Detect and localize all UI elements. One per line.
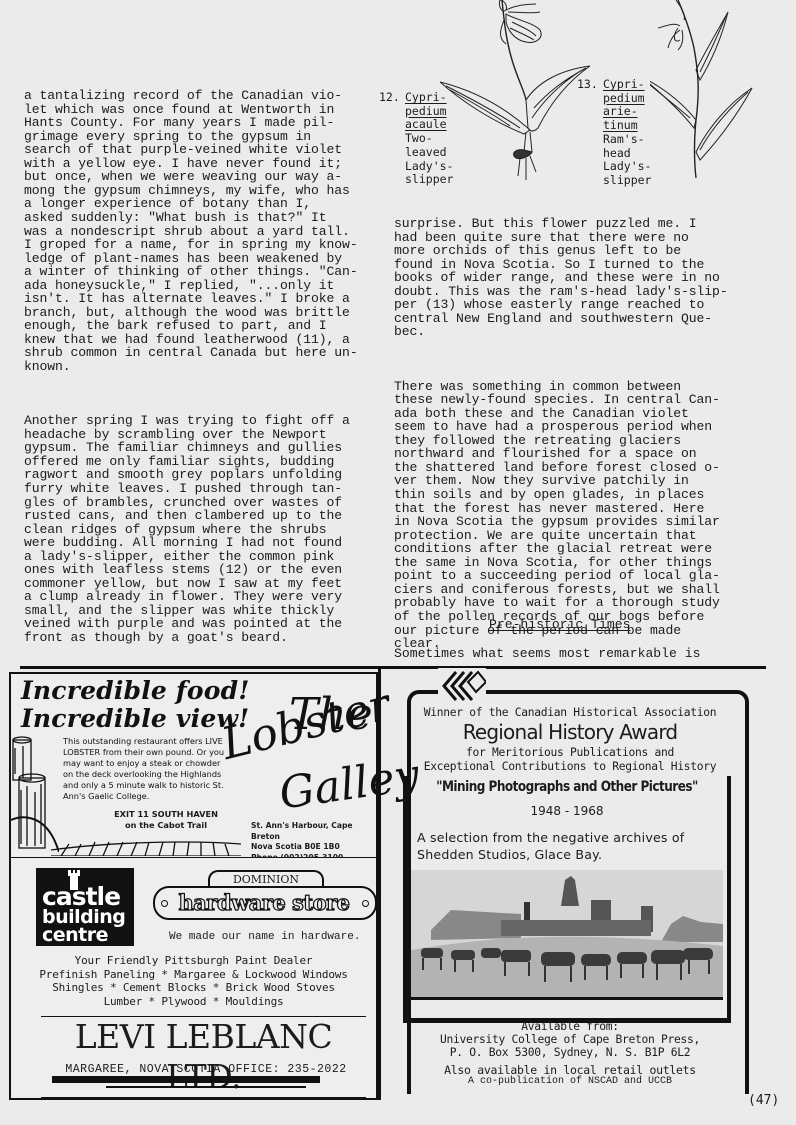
text-line: clean ridges of gypsum where the shrubs <box>24 523 358 537</box>
logo-word-hardware-store: hardware store <box>169 890 359 915</box>
figure-12-latin: acaule <box>405 118 453 132</box>
text-line: per (13) whose easterly range reached to <box>394 298 728 312</box>
text-line: books of wider range, and these were in … <box>394 271 728 285</box>
orchid-illustration-12 <box>440 0 600 185</box>
availability-line: Available from: <box>380 1020 760 1033</box>
text-line: ciers and coniferous forests, but we sha… <box>394 583 728 597</box>
hardware-store-badge: hardware store <box>153 886 377 920</box>
ad-lobster-directions: EXIT 11 SOUTH HAVEN on the Cabot Trail <box>106 809 226 831</box>
ad-exit-line: EXIT 11 SOUTH HAVEN <box>106 809 226 820</box>
award-subtitle-line: for Meritorious Publications and <box>380 746 760 760</box>
text-line: a tantalizing record of the Canadian vio… <box>24 89 358 103</box>
text-line: conditions after the glacial retreat wer… <box>394 542 728 556</box>
paragraph-surprise: surprise. But this flower puzzled me. Ih… <box>394 217 728 339</box>
award-title: Regional History Award <box>380 720 760 744</box>
award-subtitle-line: Exceptional Contributions to Regional Hi… <box>380 760 760 774</box>
text-line: veined with purple and was pointed at th… <box>24 617 358 631</box>
address-line: St. Ann's Harbour, Cape Breton <box>251 821 376 842</box>
text-line: were budding. All morning I had not foun… <box>24 536 358 550</box>
text-line: a longer experience of botany than I, <box>24 197 358 211</box>
ad-levi-leblanc: castle building centre DOMINION hardware… <box>9 858 378 1100</box>
text-line: There was something in common between <box>394 380 728 394</box>
text-line: the same in Nova Scotia, for other thing… <box>394 556 728 570</box>
text-line: ragwort and smooth grey poplars unfoldin… <box>24 468 358 482</box>
text-line: they followed the retreating glaciers <box>394 434 728 448</box>
text-line: ledge of plant-names has been weakened b… <box>24 252 358 266</box>
text-line: these newly-found species. In central Ca… <box>394 393 728 407</box>
text-line: isn't. It has alternate leaves." I broke… <box>24 292 358 306</box>
award-subtitle: for Meritorious Publications and Excepti… <box>380 746 760 773</box>
figure-13-latin: arie- <box>603 105 651 119</box>
text-line: ver them. Now they survive patchily in <box>394 474 728 488</box>
text-line: northward and flourished for a space on <box>394 447 728 461</box>
text-line: a clump already in flower. They were ver… <box>24 590 358 604</box>
article-right-column: surprise. But this flower puzzled me. Ih… <box>394 190 728 678</box>
product-line: Your Friendly Pittsburgh Paint Dealer <box>11 954 376 968</box>
figure-13-latin: Cypri- <box>603 78 651 92</box>
ornament-dot-icon <box>161 900 168 907</box>
text-line: grimage every spring to the gypsum in <box>24 130 358 144</box>
text-line: ada both these and the Canadian violet <box>394 407 728 421</box>
decorative-bar <box>52 1076 320 1083</box>
product-line: Prefinish Paneling * Margaree & Lockwood… <box>11 968 376 982</box>
castle-building-centre-logo: castle building centre <box>36 868 134 946</box>
text-line: bec. <box>394 325 728 339</box>
text-line: asked suddenly: "What bush is that?" It <box>24 211 358 225</box>
figure-12-common: Lady's- <box>405 160 453 174</box>
text-line: doubt. This was the ram's-head lady's-sl… <box>394 285 728 299</box>
address-line: Nova Scotia B0E 1B0 <box>251 842 376 853</box>
logo-word-centre: centre <box>42 924 108 946</box>
text-line: Hants County. For many years I made pil- <box>24 116 358 130</box>
publisher-name: University College of Cape Breton Press, <box>380 1033 760 1046</box>
text-line: in Nova Scotia the gypsum provides simil… <box>394 515 728 529</box>
book-title: "Mining Photographs and Other Pictures" <box>429 779 704 795</box>
text-line: had been quite sure that there were no <box>394 231 728 245</box>
text-line: furry white leaves. I pushed through tan… <box>24 482 358 496</box>
article-left-column: a tantalizing record of the Canadian vio… <box>24 62 358 766</box>
text-line: front as though by a goat's beard. <box>24 631 358 645</box>
text-line: but once, when we were weaving our way a… <box>24 170 358 184</box>
ad-lobster-galley: Incredible food! Incredible view! This o… <box>9 672 378 859</box>
ad-exit-trail: on the Cabot Trail <box>106 820 226 831</box>
figure-13-number: 13. <box>577 78 598 92</box>
figure-13-common: Lady's- <box>603 160 651 174</box>
product-line: Lumber * Plywood * Mouldings <box>11 995 376 1009</box>
text-line: was a nondescript shrub about a yard tal… <box>24 225 358 239</box>
text-line: rusted cans, and then clambered up to th… <box>24 509 358 523</box>
figure-12-common: Two- <box>405 132 453 146</box>
text-line: surprise. But this flower puzzled me. I <box>394 217 728 231</box>
book-panel: "Mining Photographs and Other Pictures" … <box>403 776 731 1023</box>
figure-12-number: 12. <box>379 91 400 105</box>
text-line: seem to have had a prosperous period whe… <box>394 420 728 434</box>
book-description: A selection from the negative archives o… <box>417 829 723 863</box>
text-line: central New England and southwestern Que… <box>394 312 728 326</box>
text-line: probably have to wait for a thorough stu… <box>394 596 728 610</box>
text-line: a winter of thinking of other things. "C… <box>24 265 358 279</box>
ad-tagline: We made our name in hardware. <box>169 931 360 943</box>
ad-mining-photographs: Winner of the Canadian Historical Associ… <box>380 668 760 1098</box>
text-line: commoner yellow, but now I saw at my fee… <box>24 577 358 591</box>
text-line: known. <box>24 360 358 374</box>
figure-13-common: Ram's- <box>603 133 651 147</box>
text-line: shrub common in central Canada but here … <box>24 346 358 360</box>
text-line: point to a succeeding period of local gl… <box>394 569 728 583</box>
product-line: Shingles * Cement Blocks * Brick Wood St… <box>11 981 376 995</box>
retail-availability: Also available in local retail outlets <box>380 1063 760 1077</box>
figure-12-latin: pedium <box>405 105 453 119</box>
availability-info: Available from: University College of Ca… <box>380 1020 760 1059</box>
text-line: ones with leafless stems (12) or the eve… <box>24 563 358 577</box>
text-line: that the forest has never mastered. Here <box>394 502 728 516</box>
ad-lobster-address: St. Ann's Harbour, Cape Breton Nova Scot… <box>251 821 376 863</box>
section-heading-prehistoric: Pre-historic Times <box>489 617 630 632</box>
ad-lobster-description: This outstanding restaurant offers LIVE … <box>63 736 228 802</box>
text-line: Another spring I was trying to fight off… <box>24 414 358 428</box>
text-line: gles of brambles, crunched over wastes o… <box>24 496 358 510</box>
publisher-address: P. O. Box 5300, Sydney, N. S. B1P 6L2 <box>380 1046 760 1059</box>
text-line: mong the gypsum chimneys, my wife, who h… <box>24 184 358 198</box>
decorative-bar <box>106 1086 306 1088</box>
paragraph-sometimes: Sometimes what seems most remarkable is <box>394 646 700 661</box>
text-line: knew that we had found leatherwood (11),… <box>24 333 358 347</box>
text-line: let which was once found at Wentworth in <box>24 103 358 117</box>
orchid-illustration-13 <box>650 0 796 185</box>
text-line: ada honeysuckle," I replied, "...only it <box>24 279 358 293</box>
text-line: protection. We are quite uncertain that <box>394 529 728 543</box>
text-line: search of that purple-veined white viole… <box>24 143 358 157</box>
text-line: more orchids of this genus left to be <box>394 244 728 258</box>
text-line: headache by scrambling over the Newport <box>24 428 358 442</box>
text-line: a lady's-slipper, either the common pink <box>24 550 358 564</box>
book-years: 1948 - 1968 <box>407 804 727 818</box>
page-number: (47) <box>748 1093 779 1108</box>
text-line: I groped for a name, for in spring my kn… <box>24 238 358 252</box>
text-line: branch, but, although the wood was britt… <box>24 306 358 320</box>
colliery-horses-image <box>411 870 723 997</box>
figure-12-common: slipper <box>405 173 453 187</box>
figure-12-latin: Cypri- <box>405 91 453 105</box>
figure-12-common: leaved <box>405 146 453 160</box>
text-line: offered me only familiar sights, budding <box>24 455 358 469</box>
text-line: with a yellow eye. I have never found it… <box>24 157 358 171</box>
figure-13-caption: 13. Cypri- pedium arie- tinum Ram's- hea… <box>603 78 651 188</box>
text-line: enough, the bark refused to part, and I <box>24 319 358 333</box>
figure-13-latin: tinum <box>603 119 651 133</box>
company-address: MARGAREE, NOVA SCOTIA OFFICE: 235-2022 <box>41 1063 371 1076</box>
paragraph-in-common: There was something in common betweenthe… <box>394 380 728 651</box>
figure-13-common: head <box>603 147 651 161</box>
paragraph-violet: a tantalizing record of the Canadian vio… <box>24 89 358 373</box>
figure-13-common: slipper <box>603 174 651 188</box>
paragraph-another-spring: Another spring I was trying to fight off… <box>24 414 358 644</box>
ad-headline-food: Incredible food! <box>21 676 250 705</box>
ad-headline-view: Incredible view! <box>21 704 249 733</box>
text-line: thin soils and by open glades, in places <box>394 488 728 502</box>
ornament-dot-icon <box>362 900 369 907</box>
figure-13-latin: pedium <box>603 92 651 106</box>
publisher-chevron-logo-icon <box>438 668 486 704</box>
text-line: gypsum. The familiar chimneys and gullie… <box>24 441 358 455</box>
text-line: the shattered land before forest closed … <box>394 461 728 475</box>
award-winner-line: Winner of the Canadian Historical Associ… <box>380 706 760 719</box>
figure-12-caption: 12. Cypri- pedium acaule Two- leaved Lad… <box>405 91 453 187</box>
mining-photograph <box>411 870 723 1000</box>
dominion-hardware-logo: DOMINION hardware store <box>153 870 378 920</box>
text-line: small, and the slipper was white thickly <box>24 604 358 618</box>
co-publication-note: A co-publication of NSCAD and UCCB <box>380 1076 760 1087</box>
text-line: found in Nova Scotia. So I turned to the <box>394 258 728 272</box>
ad-product-list: Your Friendly Pittsburgh Paint Dealer Pr… <box>11 954 376 1008</box>
